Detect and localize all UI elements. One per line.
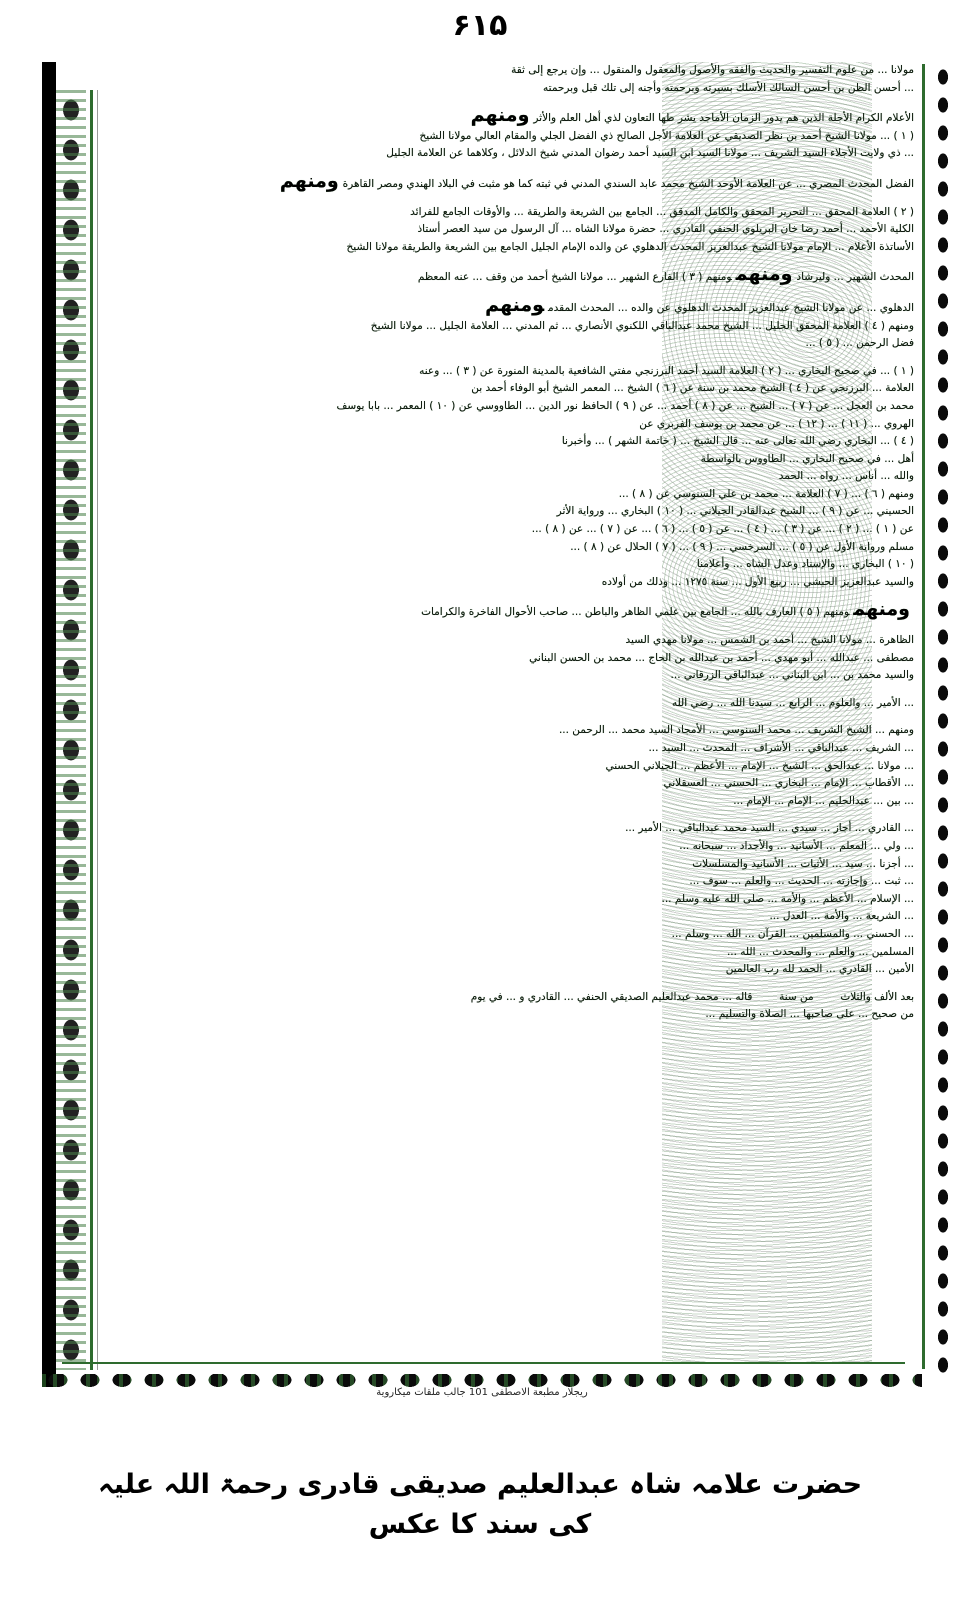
text-line: عن ( ١ ) ... ( ٢ ) ... عن ( ٣ ) ... ( ٤ … xyxy=(104,521,914,539)
text-line: المحدث الشهير ... وليرشادومنهمومنهم ( ٣ … xyxy=(104,266,914,287)
text-line: الدهلوي ... عن مولانا الشيخ عبدالعزيز ال… xyxy=(104,297,914,318)
text-line: ( ٢ ) العلامة المحقق ... التحرير المحقق … xyxy=(104,204,914,222)
text-line: ... أحسن الظن بن أحسن السالك الأسلك بسير… xyxy=(104,80,914,98)
text-line: ... الشريف ... عبدالباقي ... الأشراف ...… xyxy=(104,740,914,758)
text-line: ( ١ ) ... في صحيح البخاري ... ( ٢ ) العل… xyxy=(104,363,914,381)
text-line: الأمين ... القادري ... الحمد لله رب العا… xyxy=(104,961,914,979)
left-frame-rule xyxy=(90,90,93,1370)
text-line: الحسيني ... عن ( ٩ ) ... الشيخ عبدالقادر… xyxy=(104,503,914,521)
text-line: ... الأقطاب ... الإمام ... البخاري ... ا… xyxy=(104,775,914,793)
text-line: أهل ... في صحيح البخاري ... الطاووس بالو… xyxy=(104,451,914,469)
bottom-frame-rule xyxy=(62,1362,905,1364)
text-line: ( ٤ ) ... البخاري رضي الله تعالى عنه ...… xyxy=(104,433,914,451)
text-line: الأعلام الكرام الأجلة الذين هم يدور الزم… xyxy=(104,107,914,128)
certificate-body: مولانا ... من علوم التفسير والحديث والفق… xyxy=(104,62,914,1024)
section-heading: ومنهم xyxy=(481,297,548,316)
text-line: والله ... أناس ... رواه ... الحمد xyxy=(104,468,914,486)
printer-imprint: ريجلار مطبعة الاصطفى 101 جالب ملقات ميكا… xyxy=(42,1387,922,1398)
page-number: ۶۱۵ xyxy=(0,8,960,43)
caption-title: حضرت علامہ شاہ عبدالعلیم صدیقی قادری رحم… xyxy=(0,1465,960,1505)
text-line: ( ١٠ ) البخاري ... والإسناد وعدل الشاه .… xyxy=(104,556,914,574)
left-decorative-chain xyxy=(56,90,86,1370)
signature-line: بعد الألف والثلاث من سنة قاله ... محمد ع… xyxy=(104,989,914,1007)
text-line: ومنهم ... الشيخ الشريف ... محمد السنوسي … xyxy=(104,722,914,740)
text-line: مولانا ... من علوم التفسير والحديث والفق… xyxy=(104,62,914,80)
text-line: ... القادري ... أجاز ... سيدي ... السيد … xyxy=(104,820,914,838)
text-line: مصطفى ... عبدالله ... أبو مهدي ... أحمد … xyxy=(104,650,914,668)
section-heading: ومنهم xyxy=(732,266,797,285)
right-frame-rule xyxy=(922,64,925,1369)
text-line: الأساتذة الأعلام ... الإمام مولانا الشيخ… xyxy=(104,239,914,257)
left-black-border xyxy=(42,62,56,1387)
text-line: الكلية الأحمد ... أحمد رضا خان البريلوي … xyxy=(104,221,914,239)
text-line: من صحيح ... على صاحبها ... الصلاة والتسل… xyxy=(104,1006,914,1024)
text-line: الفضل المحدث المصري ... عن العلامة الأوح… xyxy=(104,173,914,194)
text-line: الهروي ... ( ١١ ) ... ( ١٢ ) ... عن محمد… xyxy=(104,416,914,434)
text-line: ومنهم ( ٦ ) ... ( ٧ ) العلامة ... محمد ب… xyxy=(104,486,914,504)
image-caption: حضرت علامہ شاہ عبدالعلیم صدیقی قادری رحم… xyxy=(0,1465,960,1545)
section-heading: ومنهم xyxy=(276,173,343,192)
text-line: ... ولي ... المعلم ... الأسانيد ... والأ… xyxy=(104,838,914,856)
text-line: ... ثبت ... وإجازته ... الحديث ... والعل… xyxy=(104,873,914,891)
text-line: ... بين ... عبدالحليم ... الإمام ... الإ… xyxy=(104,793,914,811)
text-line: ( ١ ) ... مولانا الشيخ أحمد بن نظر الصدي… xyxy=(104,128,914,146)
text-line: ومنهمومنهم ( ٥ ) العارف بالله ... الجامع… xyxy=(104,601,914,622)
text-line: ... مولانا ... عبدالحق ... الشيخ ... الإ… xyxy=(104,758,914,776)
caption-subtitle: کی سند کا عکس xyxy=(0,1505,960,1545)
text-line: العلامة ... البرزنجي عن ( ٤ ) الشيخ محمد… xyxy=(104,380,914,398)
text-line: محمد بن العجل ... عن ( ٧ ) ... الشيخ ...… xyxy=(104,398,914,416)
text-line: والسيد عبدالعزيز الحبشي ... ربيع الأول .… xyxy=(104,574,914,592)
text-line: مسلم ورواية الأول عن ( ٥ ) ... السرخسي .… xyxy=(104,539,914,557)
text-line: ... الأمير ... والعلوم ... الرابع ... سي… xyxy=(104,695,914,713)
scanned-certificate: مولانا ... من علوم التفسير والحديث والفق… xyxy=(42,62,942,1402)
text-line: والسيد محمد بن ... ابن البناني ... عبدال… xyxy=(104,667,914,685)
section-heading: ومنهم xyxy=(849,601,914,620)
text-line: المسلمين ... والعلم ... والمحدث ... الله… xyxy=(104,944,914,962)
text-line: فضل الرحمن ... ( ٥ ) ... xyxy=(104,335,914,353)
text-line: ... الحسني ... والمسلمين ... القرآن ... … xyxy=(104,926,914,944)
text-line: ... ذي ولايت الأجلاء السيد الشريف ... مو… xyxy=(104,145,914,163)
section-heading: ومنهم xyxy=(467,107,534,126)
text-line: ... الشريعة ... والأمة ... العدل ... xyxy=(104,908,914,926)
text-line: ... الإسلام ... الأعظم ... والأمة ... صل… xyxy=(104,891,914,909)
left-frame-rule-inner xyxy=(97,90,98,1370)
right-decorative-chain xyxy=(935,64,951,1374)
text-line: الظاهرة ... مولانا الشيخ ... أحمد بن الش… xyxy=(104,632,914,650)
text-line: ... أجزنا ... سيد ... الأثبات ... الأسان… xyxy=(104,856,914,874)
text-line: ومنهم ( ٤ ) العلامة المحقق الجليل ... ال… xyxy=(104,318,914,336)
